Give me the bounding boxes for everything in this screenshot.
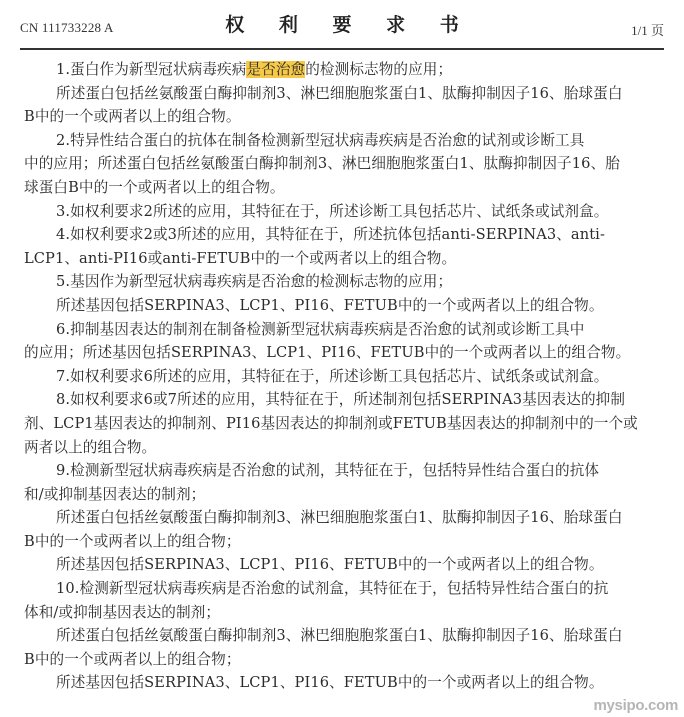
claim-9-line-2: 和/或抑制基因表达的制剂； [24,483,664,507]
claim-8-line-2: 剂、LCP1基因表达的抑制剂、PI16基因表达的抑制剂或FETUB基因表达的抑制… [24,412,664,436]
claim-10-line-1: 10.检测新型冠状病毒疾病是否治愈的试剂盒，其特征在于，包括特异性结合蛋白的抗 [24,577,664,601]
claim-5-line-1: 5.基因作为新型冠状病毒疾病是否治愈的检测标志物的应用； [24,270,664,294]
claims-body: 1.蛋白作为新型冠状病毒疾病是否治愈的检测标志物的应用； 所述蛋白包括丝氨酸蛋白… [24,58,664,695]
claim-9-line-5: 所述基因包括SERPINA3、LCP1、PI16、FETUB中的一个或两者以上的… [24,553,664,577]
claim-1-line-3: B中的一个或两者以上的组合物。 [24,105,664,129]
claim-text: 1.蛋白作为新型冠状病毒疾病 [56,61,246,78]
claim-7-line-1: 7.如权利要求6所述的应用，其特征在于，所述诊断工具包括芯片、试纸条或试剂盒。 [24,365,664,389]
claim-2-line-1: 2.特异性结合蛋白的抗体在制备检测新型冠状病毒疾病是否治愈的试剂或诊断工具 [24,129,664,153]
claim-8-line-3: 两者以上的组合物。 [24,436,664,460]
claim-9-line-1: 9.检测新型冠状病毒疾病是否治愈的试剂，其特征在于，包括特异性结合蛋白的抗体 [24,459,664,483]
claim-9-line-3: 所述蛋白包括丝氨酸蛋白酶抑制剂3、淋巴细胞胞浆蛋白1、肽酶抑制因子16、胎球蛋白 [24,506,664,530]
claim-3-line-1: 3.如权利要求2所述的应用，其特征在于，所述诊断工具包括芯片、试纸条或试剂盒。 [24,200,664,224]
claim-2-line-2: 中的应用；所述蛋白包括丝氨酸蛋白酶抑制剂3、淋巴细胞胞浆蛋白1、肽酶抑制因子16… [24,152,664,176]
claim-6-line-1: 6.抑制基因表达的制剂在制备检测新型冠状病毒疾病是否治愈的试剂或诊断工具中 [24,318,664,342]
claim-4-line-1: 4.如权利要求2或3所述的应用，其特征在于，所述抗体包括anti-SERPINA… [24,223,664,247]
claim-6-line-2: 的应用；所述基因包括SERPINA3、LCP1、PI16、FETUB中的一个或两… [24,341,664,365]
highlighted-search-term: 是否治愈 [246,61,305,78]
watermark: mysipo.com [593,697,678,714]
claim-5-line-2: 所述基因包括SERPINA3、LCP1、PI16、FETUB中的一个或两者以上的… [24,294,664,318]
claim-10-line-2: 体和/或抑制基因表达的制剂； [24,601,664,625]
claim-2-line-3: 球蛋白B中的一个或两者以上的组合物。 [24,176,664,200]
claim-10-line-4: B中的一个或两者以上的组合物； [24,648,664,672]
page-number: 1/1 页 [631,20,664,39]
claim-4-line-2: LCP1、anti-PI16或anti-FETUB中的一个或两者以上的组合物。 [24,247,664,271]
claim-8-line-1: 8.如权利要求6或7所述的应用，其特征在于，所述制剂包括SERPINA3基因表达… [24,388,664,412]
header-divider [20,48,664,50]
claim-10-line-5: 所述基因包括SERPINA3、LCP1、PI16、FETUB中的一个或两者以上的… [24,671,664,695]
claim-10-line-3: 所述蛋白包括丝氨酸蛋白酶抑制剂3、淋巴细胞胞浆蛋白1、肽酶抑制因子16、胎球蛋白 [24,624,664,648]
claim-text: 的检测标志物的应用； [305,61,452,78]
page-header: CN 111733228 A 权 利 要 求 书 1/1 页 [20,0,664,50]
document-title: 权 利 要 求 书 [20,10,664,37]
claim-1-line-2: 所述蛋白包括丝氨酸蛋白酶抑制剂3、淋巴细胞胞浆蛋白1、肽酶抑制因子16、胎球蛋白 [24,82,664,106]
claim-9-line-4: B中的一个或两者以上的组合物； [24,530,664,554]
claim-1-line-1: 1.蛋白作为新型冠状病毒疾病是否治愈的检测标志物的应用； [24,58,664,82]
